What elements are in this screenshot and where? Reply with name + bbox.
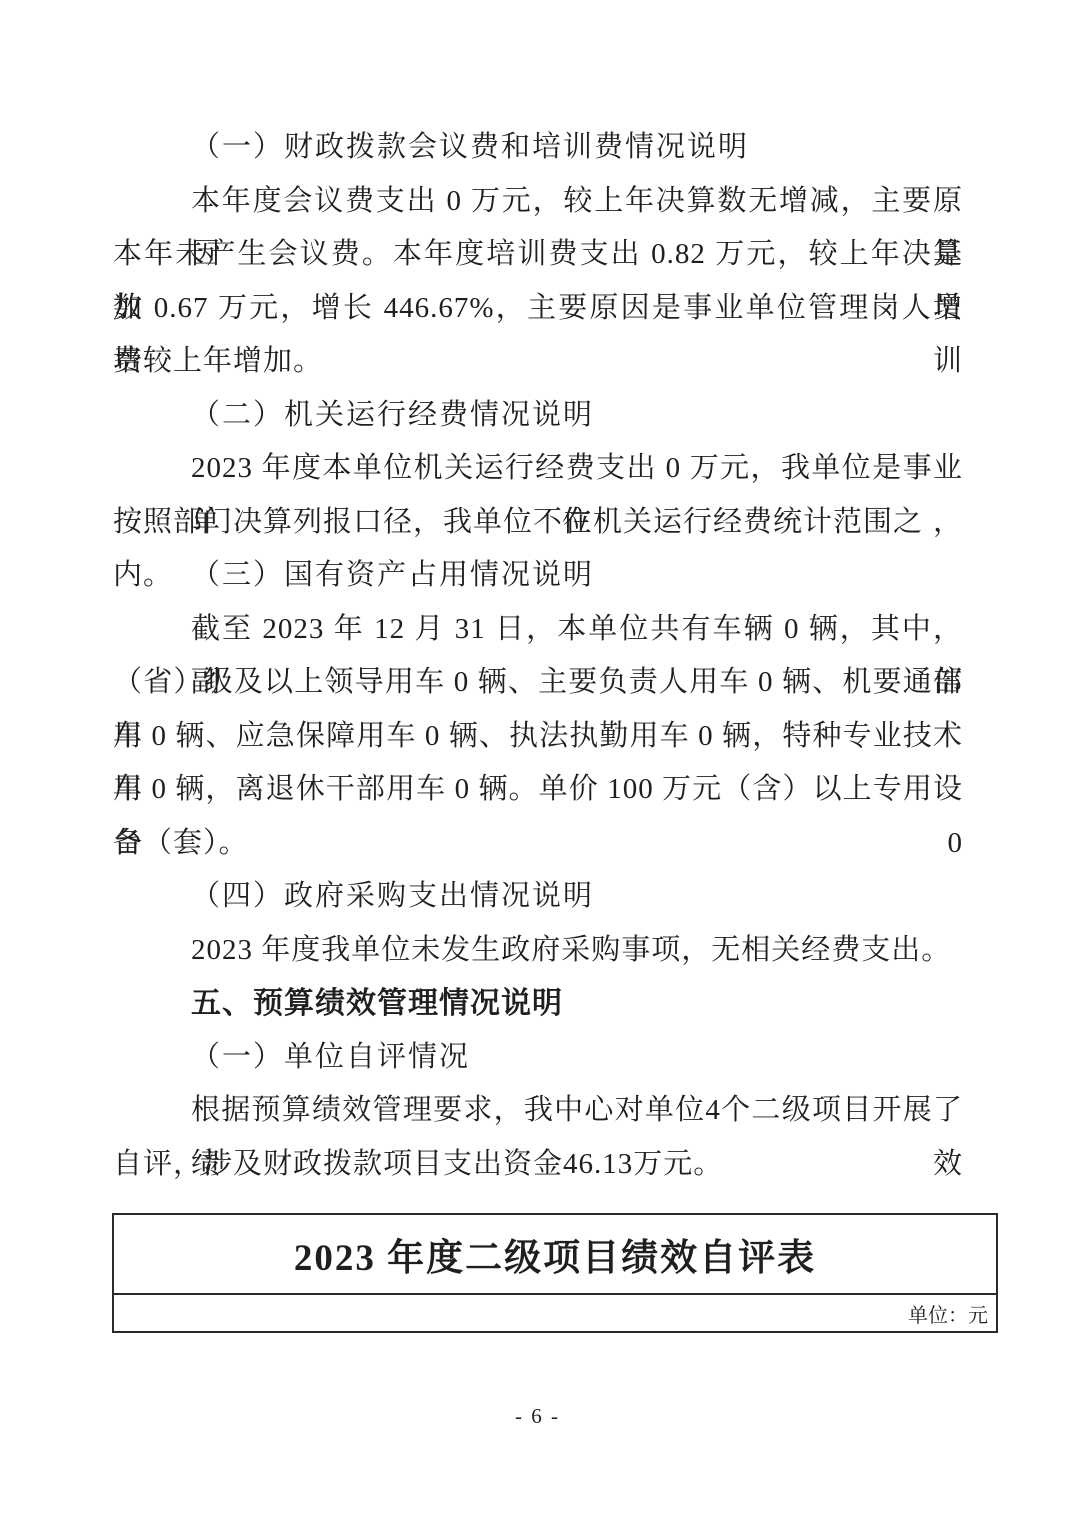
section-heading: （四）政府采购支出情况说明 bbox=[113, 870, 963, 924]
section-heading: （二）机关运行经费情况说明 bbox=[113, 389, 963, 443]
paragraph-line: 车 0 辆、应急保障用车 0 辆、执法执勤用车 0 辆，特种专业技术用 bbox=[113, 710, 963, 764]
paragraph-line: 车 0 辆，离退休干部用车 0 辆。单价 100 万元（含）以上专用设备 0 bbox=[113, 763, 963, 817]
document-page: （一）财政拨款会议费和培训费情况说明本年度会议费支出 0 万元，较上年决算数无增… bbox=[0, 0, 1075, 1520]
paragraph-line: 本年未产生会议费。本年度培训费支出 0.82 万元，较上年决算数增 bbox=[113, 228, 963, 282]
table-title: 2023 年度二级项目绩效自评表 bbox=[114, 1215, 996, 1295]
section-heading: （一）单位自评情况 bbox=[113, 1031, 963, 1085]
page-number: - 6 - bbox=[0, 1404, 1075, 1429]
section-heading: （三）国有资产占用情况说明 bbox=[113, 549, 963, 603]
paragraph-line: 本年度会议费支出 0 万元，较上年决算数无增减，主要原因是 bbox=[113, 175, 963, 229]
paragraph-line: 按照部门决算列报口径，我单位不在机关运行经费统计范围之内。 bbox=[113, 496, 963, 550]
table-unit-label: 单位：元 bbox=[114, 1295, 996, 1331]
paragraph-line: 2023 年度我单位未发生政府采购事项，无相关经费支出。 bbox=[113, 924, 963, 978]
paragraph-line: 截至 2023 年 12 月 31 日，本单位共有车辆 0 辆，其中，副部 bbox=[113, 603, 963, 657]
section-heading: （一）财政拨款会议费和培训费情况说明 bbox=[113, 121, 963, 175]
self-evaluation-table: 2023 年度二级项目绩效自评表 单位：元 bbox=[112, 1213, 998, 1333]
paragraph-line: 加 0.67 万元，增长 446.67%，主要原因是事业单位管理岗人员培训 bbox=[113, 282, 963, 336]
paragraph-line: 2023 年度本单位机关运行经费支出 0 万元，我单位是事业单位， bbox=[113, 442, 963, 496]
document-body: （一）财政拨款会议费和培训费情况说明本年度会议费支出 0 万元，较上年决算数无增… bbox=[113, 121, 963, 1191]
section-heading-bold: 五、预算绩效管理情况说明 bbox=[113, 977, 963, 1031]
paragraph-line: 根据预算绩效管理要求，我中心对单位4个二级项目开展了绩效 bbox=[113, 1084, 963, 1138]
paragraph-line: （省）级及以上领导用车 0 辆、主要负责人用车 0 辆、机要通信用 bbox=[113, 656, 963, 710]
